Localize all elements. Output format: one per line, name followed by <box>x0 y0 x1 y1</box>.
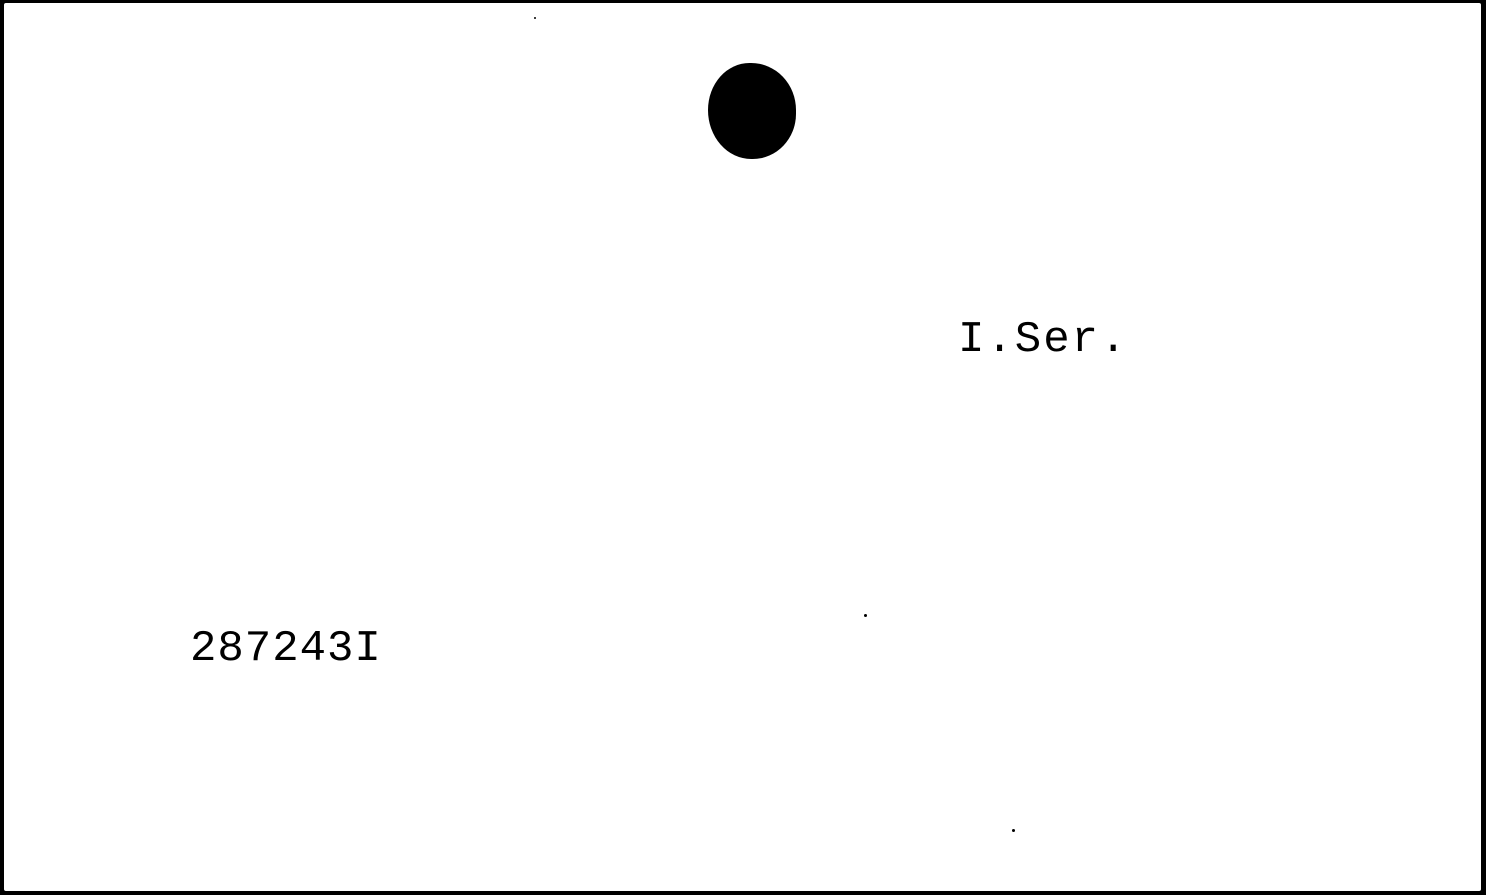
ink-speck <box>534 17 536 19</box>
series-label: I.Ser. <box>958 310 1128 370</box>
ink-speck <box>864 614 867 617</box>
card-number: 287243I <box>190 619 382 679</box>
index-card: I.Ser. 287243I <box>4 3 1481 891</box>
punch-hole <box>708 63 796 159</box>
ink-speck <box>1012 829 1015 832</box>
